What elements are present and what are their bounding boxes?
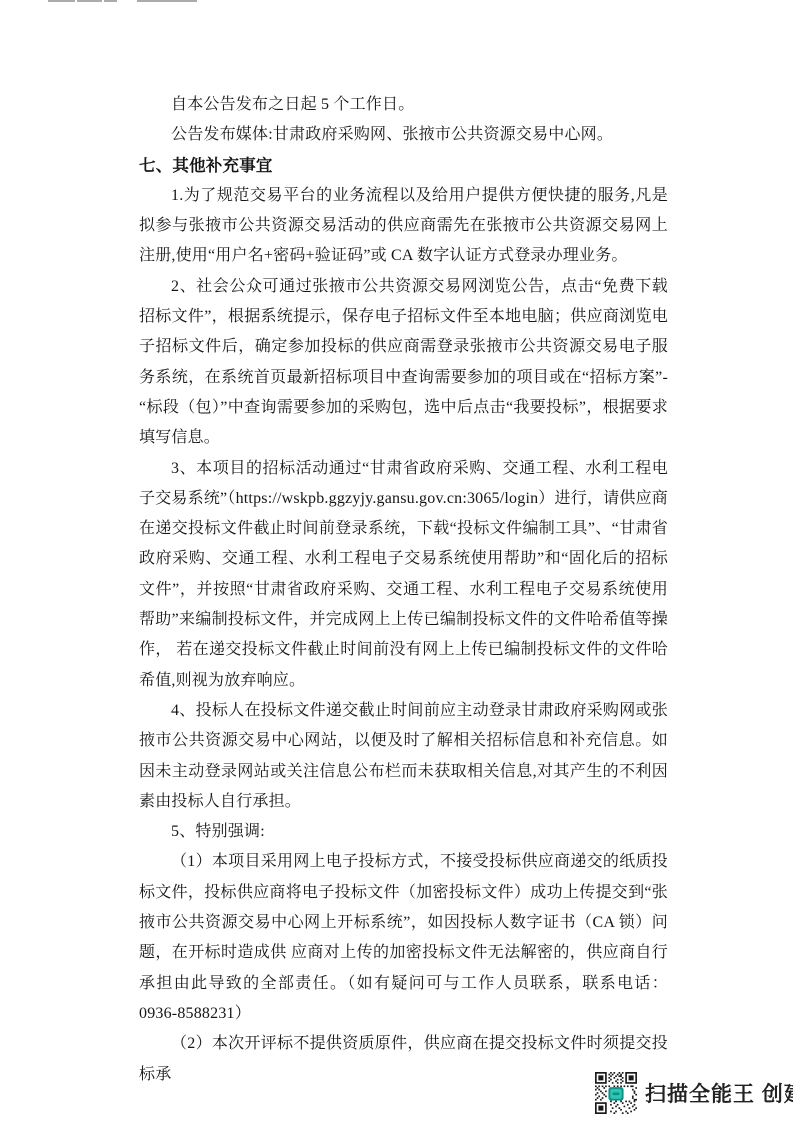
- watermark-text: 扫描全能王 创建: [645, 1078, 793, 1108]
- scan-artifact: [137, 0, 197, 2]
- scanned-document-page: 自本公告发布之日起 5 个工作日。 公告发布媒体:甘肃政府采购网、张掖市公共资源…: [0, 0, 793, 1122]
- scan-artifact: [77, 0, 102, 2]
- document-body: 自本公告发布之日起 5 个工作日。 公告发布媒体:甘肃政府采购网、张掖市公共资源…: [139, 90, 668, 1090]
- camscanner-watermark: 扫描全能王 创建: [595, 1072, 793, 1114]
- scan-artifact: [48, 0, 75, 2]
- paragraph-no-original-documents: （2）本次开评标不提供资质原件，供应商在提交投标文件时须提交投标承: [139, 1029, 668, 1090]
- section-heading: 七、其他补充事宜: [139, 151, 668, 181]
- publish-media-line: 公告发布媒体:甘肃政府采购网、张掖市公共资源交易中心网。: [139, 120, 668, 150]
- paragraph-electronic-bidding: （1）本项目采用网上电子投标方式，不接受投标供应商递交的纸质投标文件，投标供应商…: [139, 847, 668, 1029]
- paragraph-login-reminder: 4、投标人在投标文件递交截止时间前应主动登录甘肃政府采购网或张掖市公共资源交易中…: [139, 696, 668, 817]
- camscanner-qr-icon: [595, 1072, 637, 1114]
- paragraph-special-emphasis: 5、特别强调:: [139, 817, 668, 847]
- paragraph-registration: 1.为了规范交易平台的业务流程以及给用户提供方便快捷的服务,凡是拟参与张掖市公共…: [139, 181, 668, 272]
- paragraph-etrading-system: 3、本项目的招标活动通过“甘肃省政府采购、交通工程、水利工程电子交易系统”（ht…: [139, 454, 668, 696]
- scan-artifact: [104, 0, 117, 2]
- notice-period-line: 自本公告发布之日起 5 个工作日。: [139, 90, 668, 120]
- paragraph-browse-notice: 2、社会公众可通过张掖市公共资源交易网浏览公告，点击“免费下载招标文件”，根据系…: [139, 272, 668, 454]
